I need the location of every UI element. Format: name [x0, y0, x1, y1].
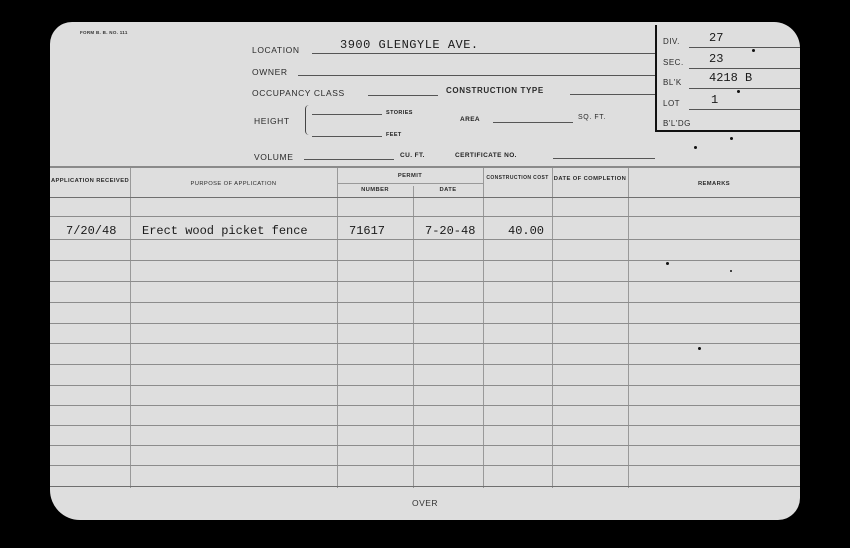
construction-type-line — [570, 94, 655, 95]
cell-construction-cost: 40.00 — [508, 224, 544, 238]
scan-speck — [730, 137, 733, 140]
row-line — [50, 323, 800, 324]
stories-line — [312, 114, 382, 115]
row-line — [50, 260, 800, 261]
row-line — [50, 425, 800, 426]
form-number: FORM B. B. NO. 111 — [80, 30, 128, 35]
div-line — [689, 47, 800, 48]
cell-application-received: 7/20/48 — [66, 224, 116, 238]
cell-permit-date: 7-20-48 — [425, 224, 475, 238]
lot-label: LOT — [663, 99, 680, 108]
scan-speck — [666, 262, 669, 265]
header-date-of-completion: DATE OF COMPLETION — [552, 175, 628, 183]
row-line — [50, 216, 800, 217]
owner-label: OWNER — [252, 67, 288, 77]
scan-speck — [698, 347, 701, 350]
construction-type-label: CONSTRUCTION TYPE — [446, 86, 544, 95]
lot-line — [689, 109, 800, 110]
property-id-box: DIV. 27 SEC. 23 BL'K 4218 B LOT 1 B'L'DG — [655, 25, 800, 132]
owner-line — [298, 75, 655, 76]
sec-label: SEC. — [663, 58, 684, 67]
header-permit-date: DATE — [413, 186, 483, 194]
row-line — [50, 445, 800, 446]
column-divider — [413, 186, 414, 488]
div-value: 27 — [709, 31, 723, 45]
area-unit: SQ. FT. — [578, 114, 606, 121]
header-permit: PERMIT — [337, 172, 483, 180]
volume-label: VOLUME — [254, 152, 294, 162]
scan-speck — [694, 146, 697, 149]
cell-permit-number: 71617 — [349, 224, 385, 238]
scan-speck — [752, 49, 755, 52]
row-line — [50, 343, 800, 344]
location-line — [312, 53, 655, 54]
certificate-no-line — [553, 158, 655, 159]
occupancy-class-label: OCCUPANCY CLASS — [252, 88, 345, 98]
height-label: HEIGHT — [254, 116, 290, 126]
row-line — [50, 405, 800, 406]
blk-label: BL'K — [663, 78, 682, 87]
header-purpose: PURPOSE OF APPLICATION — [130, 180, 337, 188]
over-footer: OVER — [50, 498, 800, 508]
row-line — [50, 302, 800, 303]
volume-unit: CU. FT. — [400, 152, 425, 159]
header-remarks: REMARKS — [628, 180, 800, 188]
row-line — [50, 281, 800, 282]
header-application-received: APPLICATION RECEIVED — [50, 177, 130, 185]
location-label: LOCATION — [252, 45, 300, 55]
row-line — [50, 385, 800, 386]
permit-subheader-line — [337, 183, 483, 184]
scan-speck — [737, 90, 740, 93]
location-value: 3900 GLENGYLE AVE. — [340, 38, 479, 52]
bldg-label: B'L'DG — [663, 119, 691, 128]
volume-line — [304, 159, 394, 160]
permit-table: APPLICATION RECEIVED PURPOSE OF APPLICAT… — [50, 168, 800, 488]
certificate-no-label: CERTIFICATE NO. — [455, 152, 517, 159]
feet-line — [312, 136, 382, 137]
row-line — [50, 197, 800, 198]
row-line — [50, 364, 800, 365]
cell-purpose: Erect wood picket fence — [142, 224, 308, 238]
sec-line — [689, 68, 800, 69]
row-line — [50, 486, 800, 487]
sec-value: 23 — [709, 52, 723, 66]
header-permit-number: NUMBER — [337, 186, 413, 194]
permit-record-card: FORM B. B. NO. 111 LOCATION 3900 GLENGYL… — [50, 22, 800, 520]
occupancy-class-line — [368, 95, 438, 96]
row-line — [50, 239, 800, 240]
header-construction-cost: CONSTRUCTION COST — [483, 174, 552, 182]
div-label: DIV. — [663, 37, 680, 46]
feet-label: FEET — [386, 132, 402, 138]
lot-value: 1 — [711, 93, 718, 107]
blk-line — [689, 88, 800, 89]
stories-label: STORIES — [386, 110, 413, 116]
blk-value: 4218 B — [709, 71, 752, 85]
height-brace — [305, 105, 312, 135]
row-line — [50, 465, 800, 466]
area-line — [493, 122, 573, 123]
scan-speck — [730, 270, 732, 272]
area-label: AREA — [460, 116, 480, 123]
